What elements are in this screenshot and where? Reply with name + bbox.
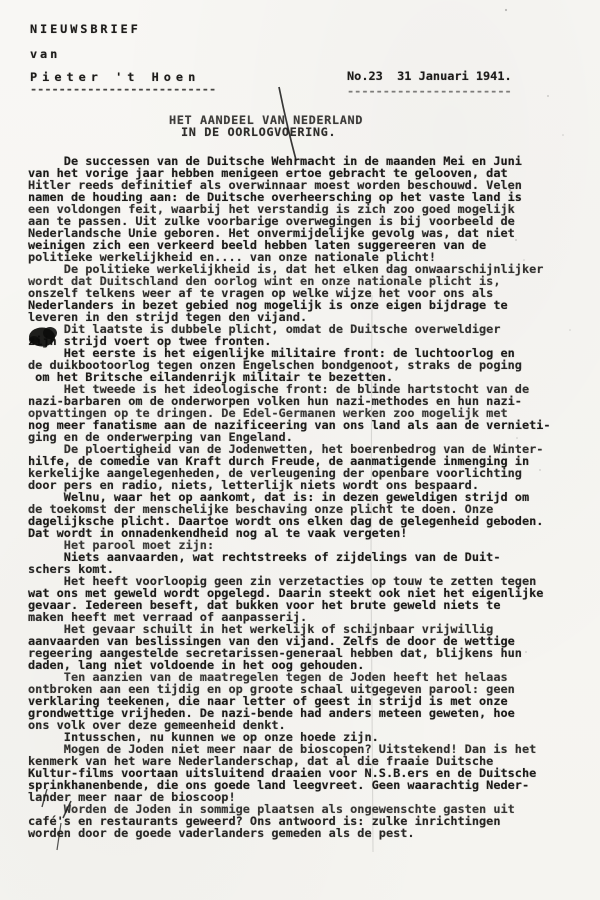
body-text: De successen van de Duitsche Wehrmacht i… [28,155,551,839]
text-line: regeering aangestelde secretarissen-gene… [28,647,551,659]
issue-underline: ----------------------- [347,85,512,97]
scanned-newsletter-page: NIEUWSBRIEF van Pieter 't Hoen ---------… [0,0,600,900]
text-line: Het gevaar schuilt in het werkelijk of s… [28,623,551,635]
masthead-van: van [30,48,60,60]
text-line: Het parool moet zijn: [28,539,551,551]
text-line: opvattingen op te dringen. De Edel-Germa… [28,407,551,419]
text-line: Hitler reeds definitief als overwinnaar … [28,179,551,191]
text-line: Dit laatste is dubbele plicht, omdat de … [28,323,551,335]
newsletter-name: NIEUWSBRIEF [30,23,141,35]
text-line: kenmerk van het ware Nederlanderschap, d… [28,755,551,767]
author-underline: -------------------------- [30,83,216,95]
text-line: ontbroken aan een tijdig en op groote sc… [28,683,551,695]
issue-number-date: No.23 31 Januari 1941. [347,70,512,82]
text-line: de toekomst der menschelijke beschaving … [28,503,551,515]
text-line: de duikbootoorlog tegen onzen Engelschen… [28,359,551,371]
text-line: worden door de goede vaderlanders gemede… [28,827,551,839]
text-line: De ploertigheid van de Jodenwetten, het … [28,443,551,455]
text-line: door pers en radio, niets, letterlijk ni… [28,479,551,491]
text-line: onszelf telkens weer af te vragen op wel… [28,287,551,299]
text-line: Nederlandsche Unie geboren. Het onvermij… [28,227,551,239]
text-line: Het heeft voorloopig geen zin verzetacti… [28,575,551,587]
document-title-line2: IN DE OORLOGVOERING. [181,126,336,138]
